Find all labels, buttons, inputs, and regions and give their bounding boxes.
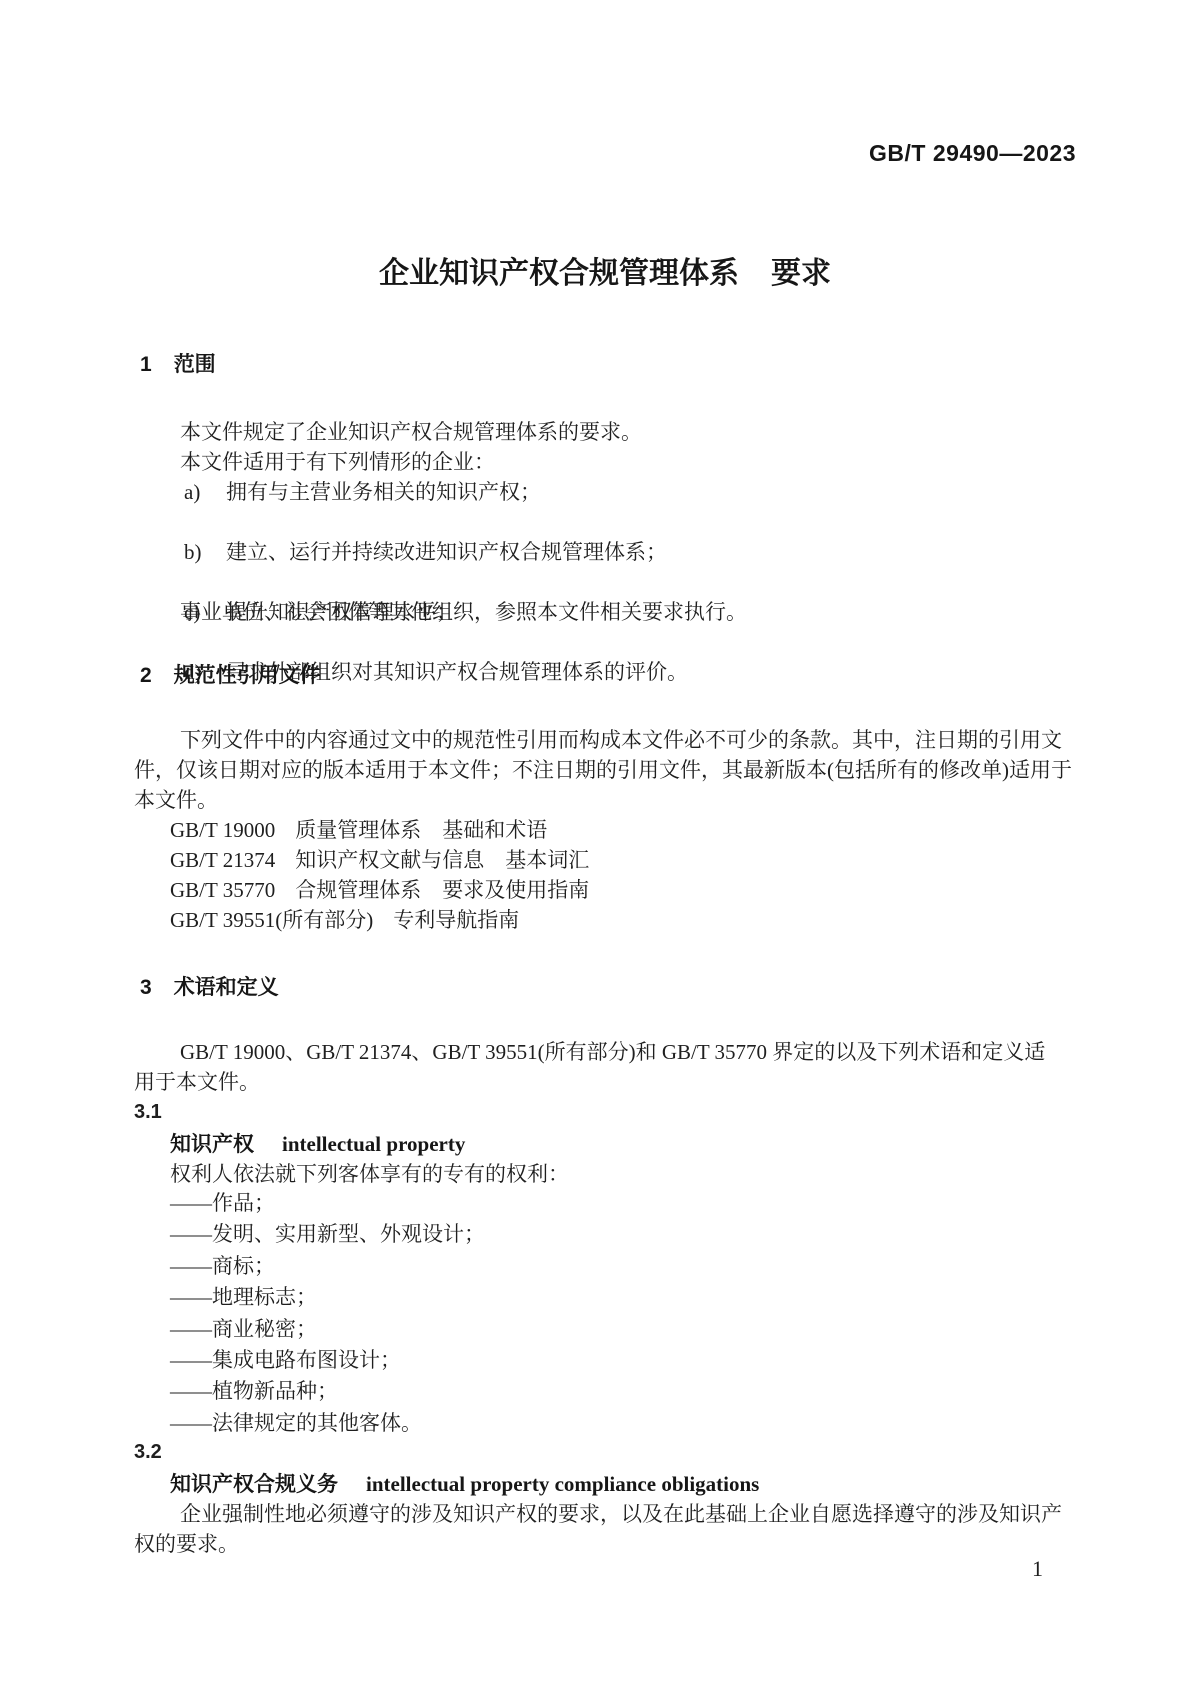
- list-item-b-label: b): [184, 537, 202, 567]
- reference-code: GB/T 21374: [170, 845, 275, 875]
- dash-list-item: ——作品；: [134, 1188, 1076, 1219]
- section3-heading-text: 术语和定义: [174, 976, 279, 999]
- dash-list-item: ——植物新品种；: [134, 1376, 1076, 1407]
- list-item-a-text: 拥有与主营业务相关的知识产权；: [226, 480, 541, 504]
- reference-entry: GB/T 19000质量管理体系 基础和术语: [134, 815, 1076, 845]
- list-item-b: b)建立、运行并持续改进知识产权合规管理体系；: [134, 537, 1168, 567]
- section3-paragraph: GB/T 19000、GB/T 21374、GB/T 39551(所有部分)和 …: [134, 1037, 1076, 1097]
- dash-list-item: ——商标；: [134, 1251, 1076, 1282]
- section2-heading-text: 规范性引用文件: [174, 664, 321, 687]
- section3-number: 3: [140, 975, 152, 1001]
- term-3-1-en: intellectual property: [282, 1132, 465, 1156]
- term-3-2-definition: 企业强制性地必须遵守的涉及知识产权的要求，以及在此基础上企业自愿选择遵守的涉及知…: [134, 1499, 1076, 1559]
- normative-references: GB/T 19000质量管理体系 基础和术语 GB/T 21374知识产权文献与…: [134, 815, 1076, 935]
- term-3-1: 知识产权intellectual property: [134, 1129, 1112, 1160]
- paragraph-line: GB/T 19000、GB/T 21374、GB/T 39551(所有部分)和 …: [134, 1037, 1076, 1067]
- clause-3-2-number: 3.2: [134, 1439, 1076, 1465]
- term-3-2-zh: 知识产权合规义务: [170, 1473, 338, 1496]
- list-item-a: a)拥有与主营业务相关的知识产权；: [134, 477, 1168, 507]
- section1-heading-text: 范围: [174, 353, 216, 376]
- clause-3-1-number: 3.1: [134, 1099, 1076, 1125]
- page-title-sub: 要求: [771, 257, 831, 290]
- document-page: GB/T 29490—2023 企业知识产权合规管理体系要求 1范围 本文件规定…: [0, 0, 1200, 1694]
- reference-code: GB/T 39551(所有部分): [170, 905, 373, 935]
- dash-list-item: ——发明、实用新型、外观设计；: [134, 1219, 1076, 1250]
- section2-heading: 2规范性引用文件: [134, 663, 1082, 689]
- section3-heading: 3术语和定义: [134, 975, 1082, 1001]
- reference-title: 合规管理体系 要求及使用指南: [295, 878, 589, 902]
- term-3-1-list: ——作品； ——发明、实用新型、外观设计； ——商标； ——地理标志； ——商业…: [134, 1188, 1076, 1439]
- page-title: 企业知识产权合规管理体系要求: [134, 248, 1076, 292]
- paragraph-line: 本文件。: [134, 785, 1076, 815]
- reference-title: 专利导航指南: [393, 908, 519, 932]
- reference-code: GB/T 35770: [170, 875, 275, 905]
- paragraph-line: 下列文件中的内容通过文中的规范性引用而构成本文件必不可少的条款。其中，注日期的引…: [134, 725, 1076, 755]
- dash-list-item: ——商业秘密；: [134, 1314, 1076, 1345]
- reference-entry: GB/T 21374知识产权文献与信息 基本词汇: [134, 845, 1076, 875]
- reference-title: 质量管理体系 基础和术语: [295, 818, 547, 842]
- term-3-2: 知识产权合规义务intellectual property compliance…: [134, 1469, 1112, 1500]
- section1-para3: 事业单位、社会团体等其他组织，参照本文件相关要求执行。: [134, 597, 1076, 627]
- dash-list-item: ——集成电路布图设计；: [134, 1345, 1076, 1376]
- list-item-b-text: 建立、运行并持续改进知识产权合规管理体系；: [226, 540, 667, 564]
- section1-para2: 本文件适用于有下列情形的企业：: [134, 447, 1076, 477]
- section1-para1: 本文件规定了企业知识产权合规管理体系的要求。: [134, 417, 1076, 447]
- reference-title: 知识产权文献与信息 基本词汇: [295, 848, 589, 872]
- reference-entry: GB/T 39551(所有部分)专利导航指南: [134, 905, 1076, 935]
- dash-list-item: ——法律规定的其他客体。: [134, 1408, 1076, 1439]
- term-3-1-zh: 知识产权: [170, 1133, 254, 1156]
- paragraph-line: 用于本文件。: [134, 1067, 1076, 1097]
- reference-code: GB/T 19000: [170, 815, 275, 845]
- page-number: 1: [1032, 1556, 1043, 1582]
- section2-number: 2: [140, 663, 152, 689]
- doc-code: GB/T 29490—2023: [134, 140, 1076, 167]
- term-3-2-en: intellectual property compliance obligat…: [366, 1472, 759, 1496]
- section1-number: 1: [140, 352, 152, 378]
- reference-entry: GB/T 35770合规管理体系 要求及使用指南: [134, 875, 1076, 905]
- section1-heading: 1范围: [134, 352, 1082, 378]
- dash-list-item: ——地理标志；: [134, 1282, 1076, 1313]
- paragraph-line: 企业强制性地必须遵守的涉及知识产权的要求，以及在此基础上企业自愿选择遵守的涉及知…: [134, 1499, 1076, 1529]
- list-item-a-label: a): [184, 477, 200, 507]
- section2-paragraph: 下列文件中的内容通过文中的规范性引用而构成本文件必不可少的条款。其中，注日期的引…: [134, 725, 1076, 815]
- paragraph-line: 权的要求。: [134, 1529, 1076, 1559]
- page-title-main: 企业知识产权合规管理体系: [379, 257, 739, 290]
- paragraph-line: 件，仅该日期对应的版本适用于本文件；不注日期的引用文件，其最新版本(包括所有的修…: [134, 755, 1076, 785]
- term-3-1-definition: 权利人依法就下列客体享有的专有的权利：: [134, 1159, 1112, 1189]
